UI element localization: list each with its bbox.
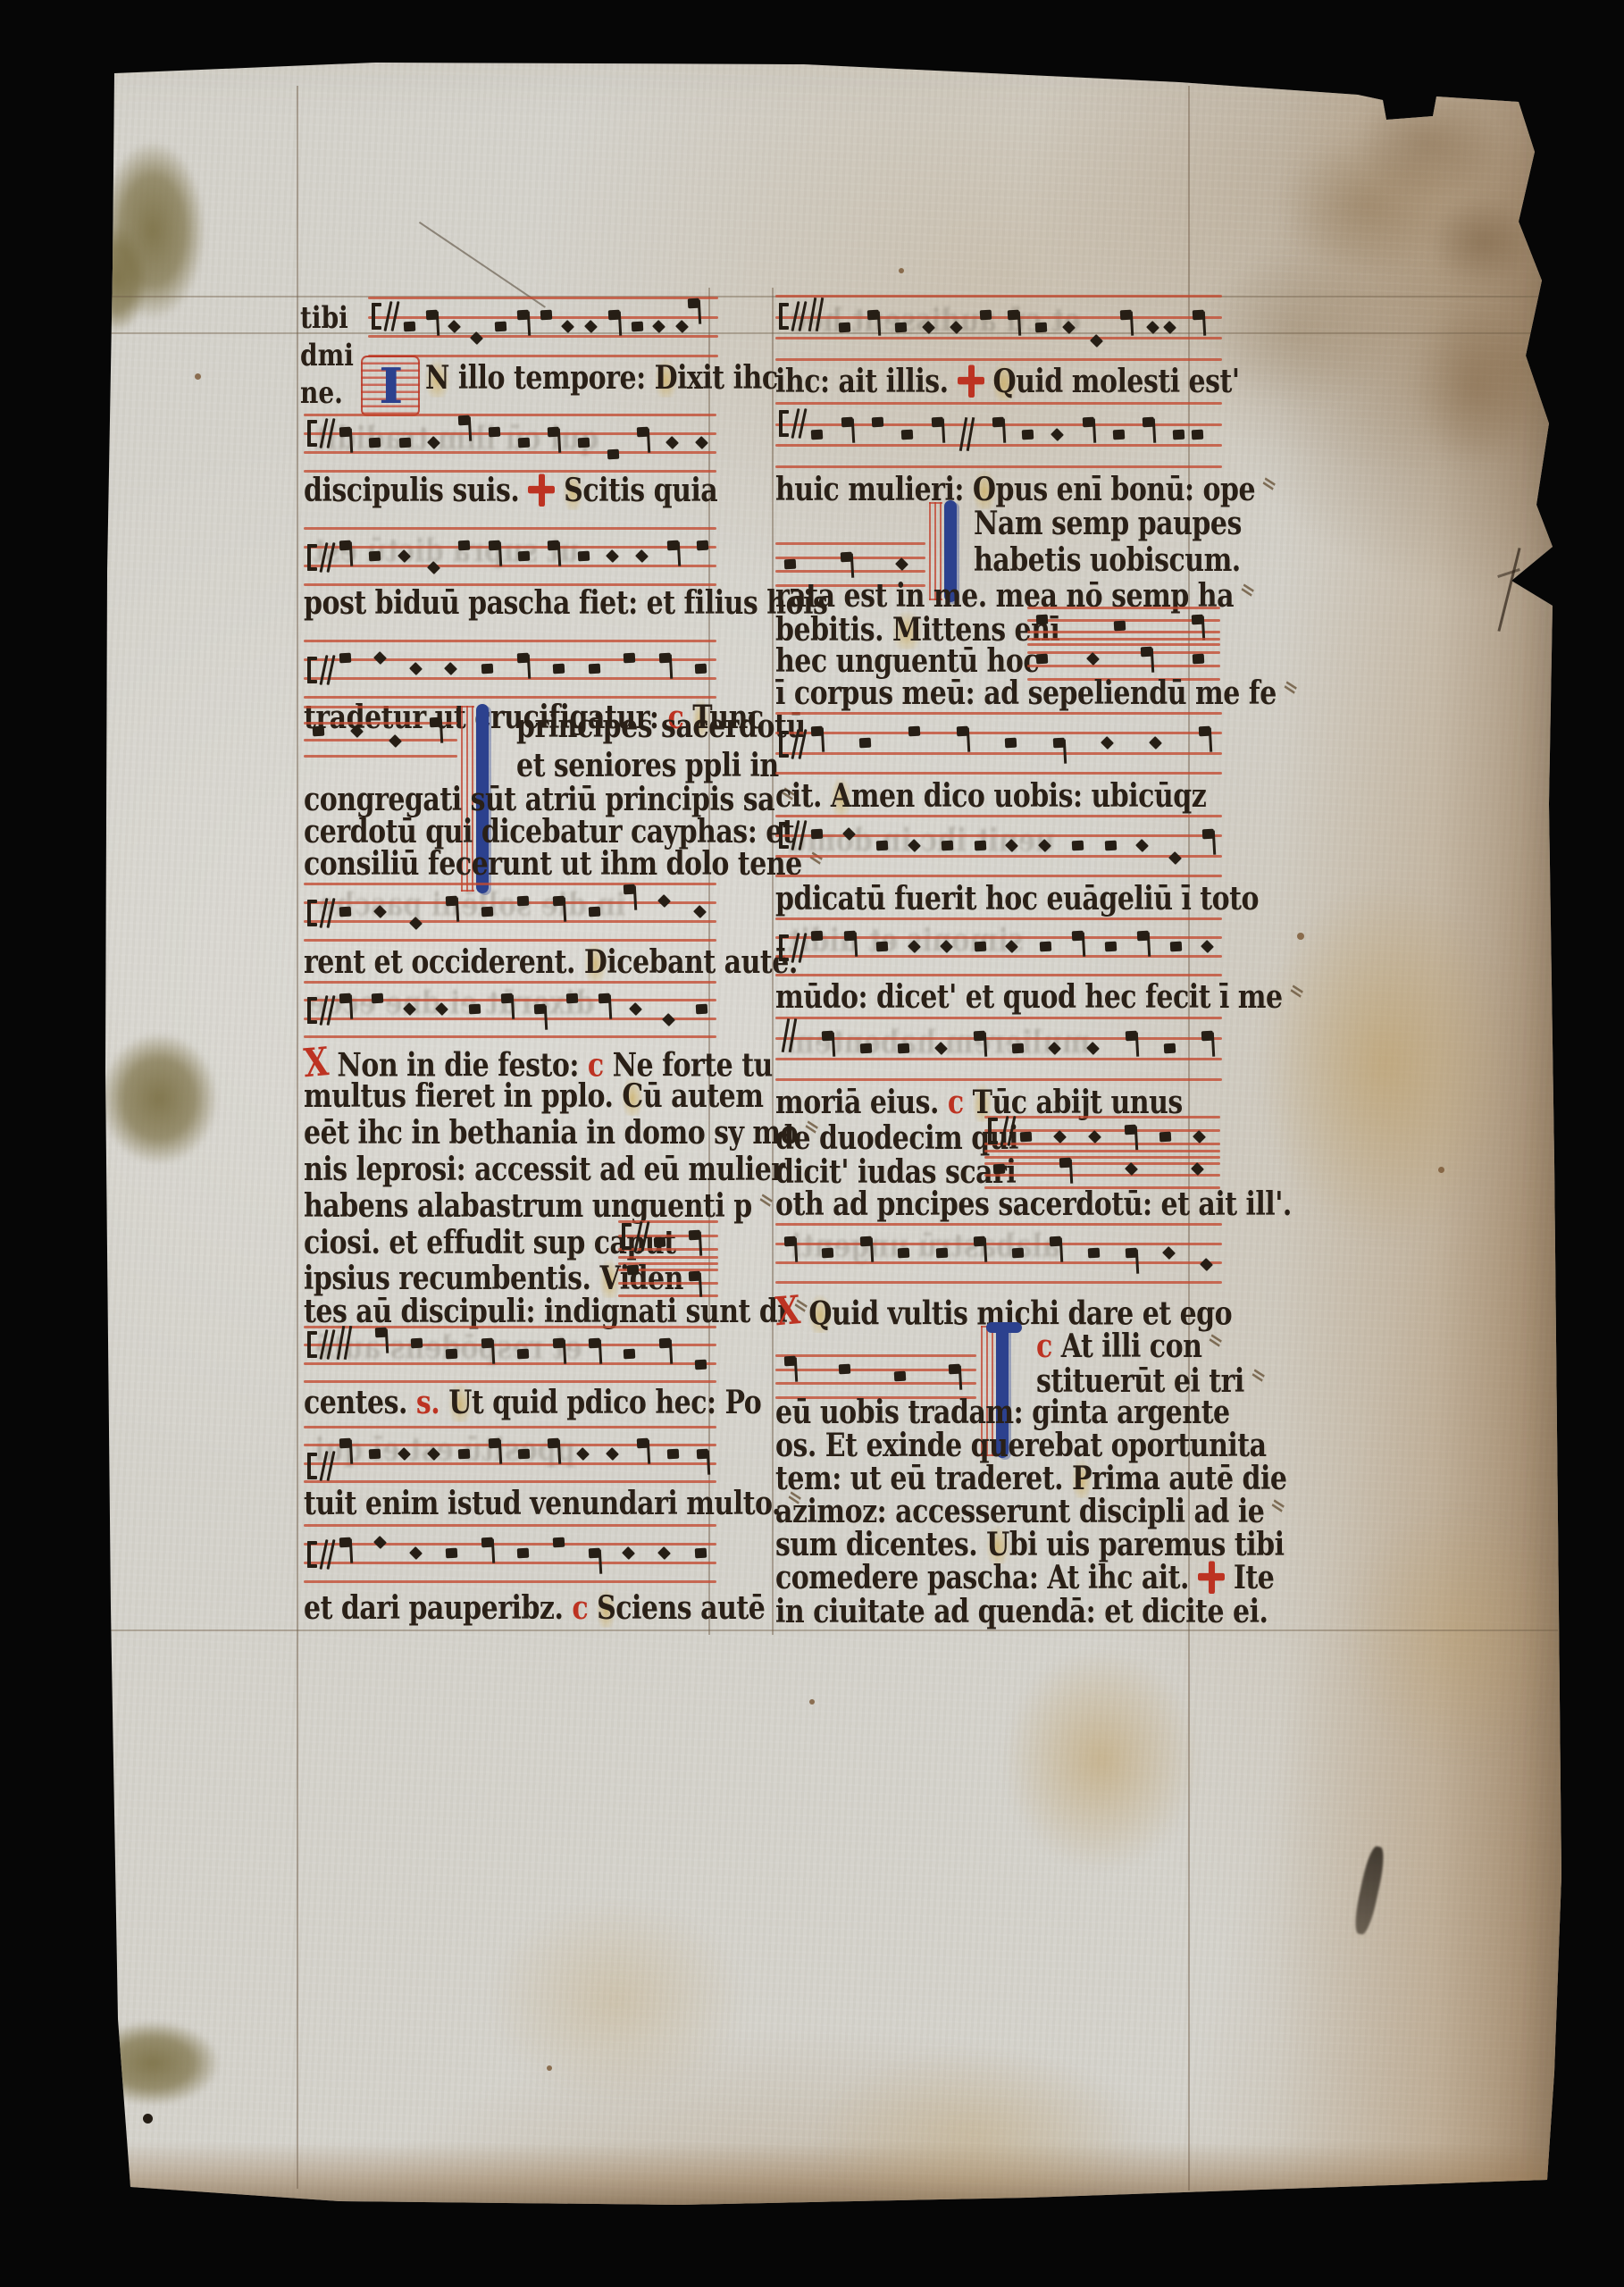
photograph-of-manuscript-leaf: qui cū ihm tradiditut supra dictū estin … — [0, 0, 1624, 2287]
edge-vignette — [0, 0, 1624, 2287]
parchment-leaf: qui cū ihm tradiditut supra dictū estin … — [0, 0, 1624, 2287]
